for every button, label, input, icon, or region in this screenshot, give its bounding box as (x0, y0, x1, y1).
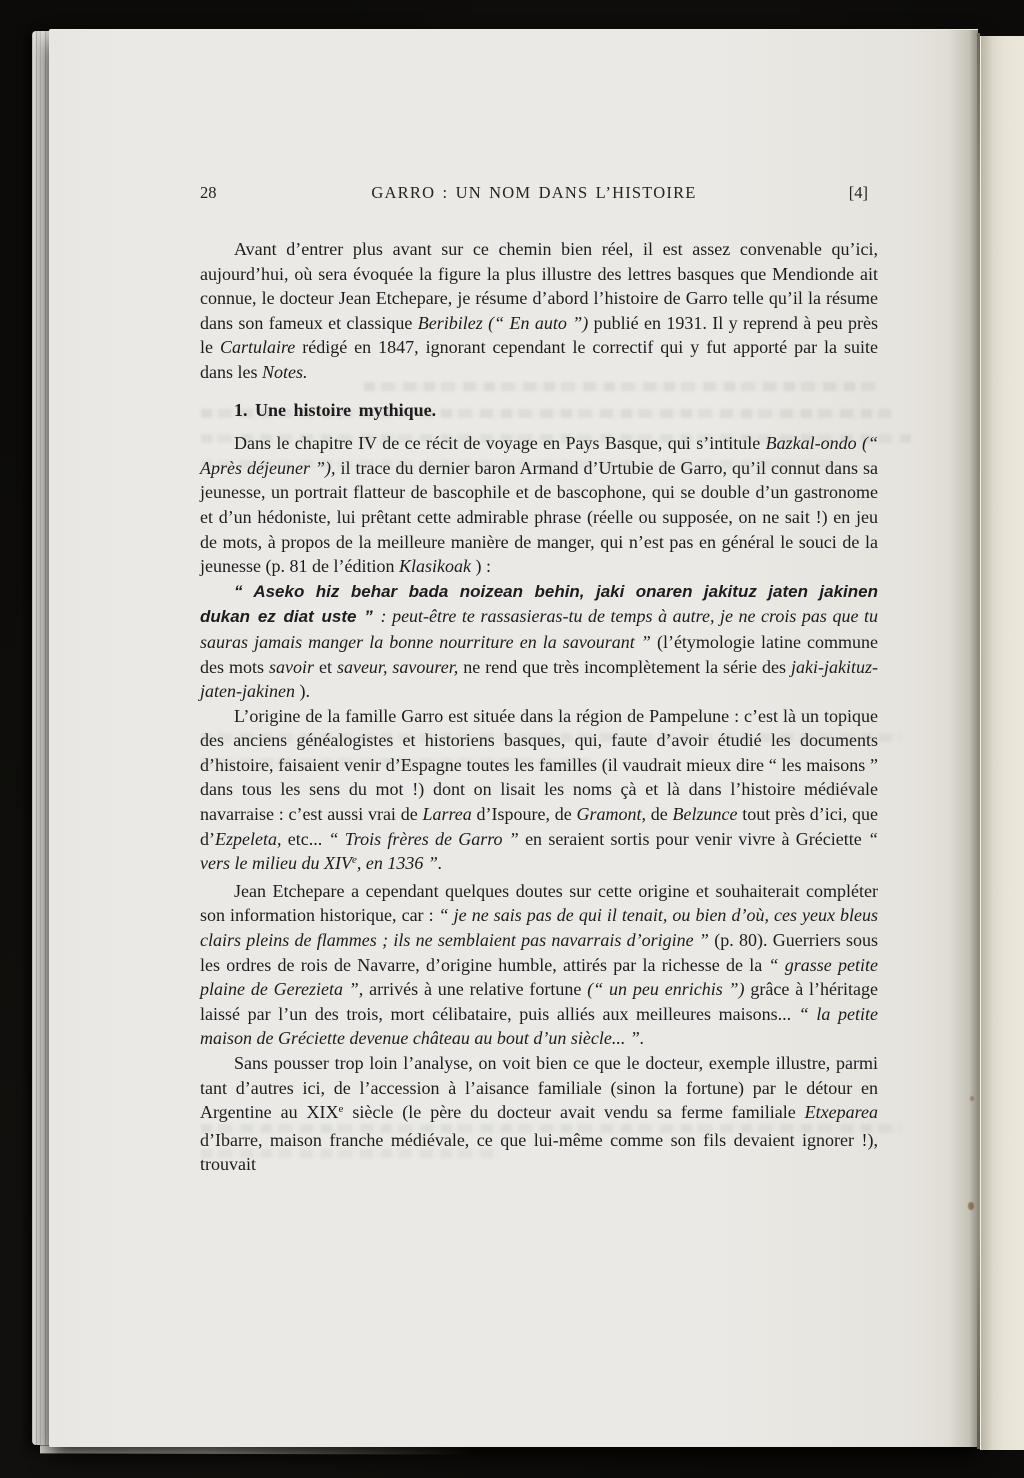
text-segment: Beribilez (“ En auto ”) (418, 313, 588, 333)
foxing-speck (968, 1202, 974, 1210)
text-segment: Belzunce (673, 804, 738, 824)
paragraph: Sans pousser trop loin l’analyse, on voi… (200, 1051, 878, 1177)
paragraph: Jean Etchepare a cependant quelques dout… (200, 879, 878, 1051)
text-segment: d’Ibarre, maison franche médiévale, ce q… (200, 1130, 878, 1175)
paragraph: Dans le chapitre IV de ce récit de voyag… (200, 431, 878, 579)
text-segment: e (339, 1103, 344, 1115)
text-segment: d’Ispoure, de (472, 804, 577, 824)
header-issue-number: [4] (798, 183, 878, 203)
running-header: 28 GARRO : UN NOM DANS L’HISTOIRE [4] (200, 183, 878, 203)
body-blocks: Avant d’entrer plus avant sur ce chemin … (200, 203, 878, 1177)
book-page: 28 GARRO : UN NOM DANS L’HISTOIRE [4] Av… (49, 29, 978, 1447)
text-segment: Dans le chapitre IV de ce récit de voyag… (234, 433, 766, 453)
text-segment: Ezpeleta, (215, 829, 281, 849)
text-block: 28 GARRO : UN NOM DANS L’HISTOIRE [4] Av… (200, 183, 878, 1177)
text-segment: ). (295, 681, 310, 701)
page-edge-stack (32, 31, 50, 1445)
text-segment: Notes. (262, 362, 308, 382)
paragraph: “ Aseko hiz behar bada noizean behin, ja… (200, 579, 878, 704)
text-segment: “ Trois frères de Garro ” (328, 829, 518, 849)
text-segment: en seraient sortis pour venir vivre à Gr… (519, 829, 868, 849)
text-segment: Etxeparea (805, 1102, 878, 1122)
text-segment: Larrea (422, 804, 471, 824)
text-segment: et (314, 657, 337, 677)
paragraph: Avant d’entrer plus avant sur ce chemin … (200, 237, 878, 385)
text-segment: e (352, 854, 357, 866)
paragraph: L’origine de la famille Garro est située… (200, 704, 878, 879)
text-segment: de (646, 804, 673, 824)
running-title: GARRO : UN NOM DANS L’HISTOIRE (270, 183, 798, 203)
scan-background: 28 GARRO : UN NOM DANS L’HISTOIRE [4] Av… (0, 0, 1024, 1478)
text-segment: (“ un peu enrichis ”) (587, 979, 744, 999)
text-segment: ) : (471, 556, 491, 576)
foxing-speck (970, 1096, 974, 1101)
text-segment: , en 1336 ”. (357, 853, 443, 873)
text-segment: saveur, savourer, (337, 657, 458, 677)
text-segment: arrivés à une relative fortune (363, 979, 587, 999)
text-segment: etc... (281, 829, 328, 849)
text-segment: Cartulaire (220, 337, 295, 357)
text-segment: savoir (269, 657, 314, 677)
text-segment: Gramont, (577, 804, 647, 824)
section-heading: 1. Une histoire mythique. (200, 398, 878, 423)
text-segment: Klasikoak (399, 556, 471, 576)
text-segment: ne rend que très incomplètement la série… (458, 657, 791, 677)
page-number: 28 (200, 183, 270, 203)
text-segment: siècle (le père du docteur avait vendu s… (343, 1102, 804, 1122)
adjacent-page-sliver (980, 36, 1024, 1450)
